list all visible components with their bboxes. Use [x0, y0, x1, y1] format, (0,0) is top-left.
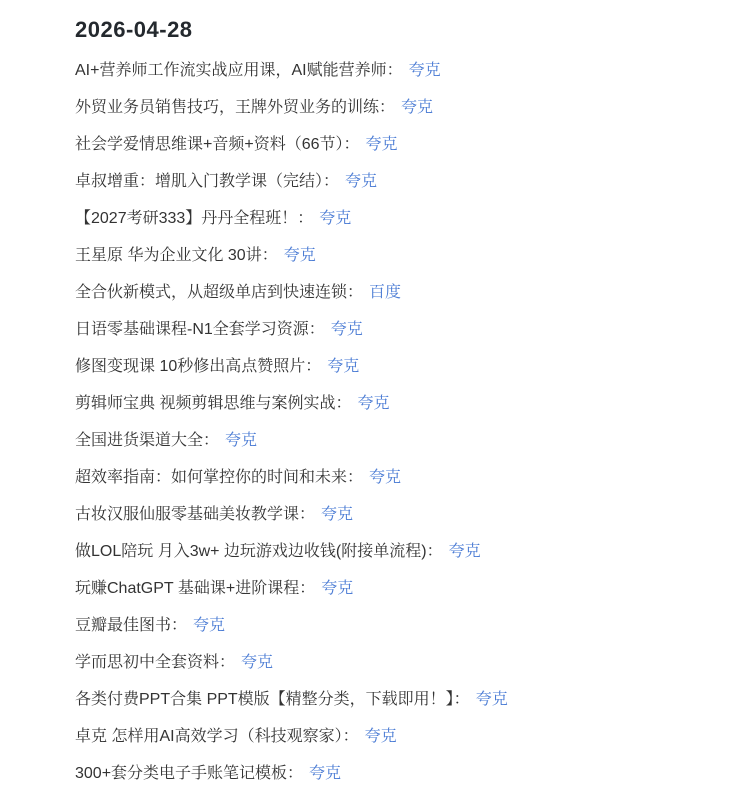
item-text: 日语零基础课程-N1全套学习资源：	[75, 321, 325, 338]
item-link[interactable]: 夸克	[284, 247, 316, 264]
item-text: 【2027考研333】丹丹全程班！：	[75, 210, 313, 227]
item-link[interactable]: 夸克	[449, 543, 481, 560]
item-link[interactable]: 夸克	[331, 321, 363, 338]
item-text: 卓叔增重：增肌入门教学课（完结）：	[75, 173, 339, 190]
list-item: 卓叔增重：增肌入门教学课（完结）：夸克	[75, 172, 696, 191]
item-text: 学而思初中全套资料：	[75, 654, 235, 671]
list-item: 全合伙新模式，从超级单店到快速连锁：百度	[75, 283, 696, 302]
item-text: 全合伙新模式，从超级单店到快速连锁：	[75, 284, 363, 301]
resource-list: AI+营养师工作流实战应用课，AI赋能营养师：夸克外贸业务员销售技巧，王牌外贸业…	[75, 61, 696, 783]
item-link[interactable]: 夸克	[409, 62, 441, 79]
item-text: 各类付费PPT合集 PPT模版【精整分类，下载即用！】：	[75, 691, 470, 708]
list-item: 做LOL陪玩 月入3w+ 边玩游戏边收钱(附接单流程)：夸克	[75, 542, 696, 561]
item-link[interactable]: 夸克	[309, 765, 341, 782]
list-item: 豆瓣最佳图书：夸克	[75, 616, 696, 635]
item-link[interactable]: 夸克	[476, 691, 508, 708]
item-link[interactable]: 夸克	[369, 469, 401, 486]
list-item: 日语零基础课程-N1全套学习资源：夸克	[75, 320, 696, 339]
list-item: 剪辑师宝典 视频剪辑思维与案例实战：夸克	[75, 394, 696, 413]
page-title: 2026-04-28	[75, 17, 696, 43]
list-item: 古妆汉服仙服零基础美妆教学课：夸克	[75, 505, 696, 524]
item-link[interactable]: 夸克	[357, 395, 389, 412]
item-link[interactable]: 夸克	[319, 210, 351, 227]
list-item: 学而思初中全套资料：夸克	[75, 653, 696, 672]
item-text: 王星原 华为企业文化 30讲：	[75, 247, 278, 264]
item-text: 古妆汉服仙服零基础美妆教学课：	[75, 506, 315, 523]
item-text: 300+套分类电子手账笔记模板：	[75, 765, 303, 782]
list-item: 超效率指南：如何掌控你的时间和未来：夸克	[75, 468, 696, 487]
item-text: 豆瓣最佳图书：	[75, 617, 187, 634]
item-link[interactable]: 夸克	[366, 136, 398, 153]
item-link[interactable]: 夸克	[345, 173, 377, 190]
item-link[interactable]: 夸克	[327, 358, 359, 375]
item-link[interactable]: 夸克	[321, 506, 353, 523]
list-item: 王星原 华为企业文化 30讲：夸克	[75, 246, 696, 265]
page-content: 2026-04-28 AI+营养师工作流实战应用课，AI赋能营养师：夸克外贸业务…	[0, 0, 736, 783]
list-item: AI+营养师工作流实战应用课，AI赋能营养师：夸克	[75, 61, 696, 80]
list-item: 外贸业务员销售技巧，王牌外贸业务的训练：夸克	[75, 98, 696, 117]
list-item: 【2027考研333】丹丹全程班！：夸克	[75, 209, 696, 228]
item-text: 社会学爱情思维课+音频+资料（66节）：	[75, 136, 360, 153]
item-text: 卓克 怎样用AI高效学习（科技观察家）：	[75, 728, 359, 745]
item-text: 修图变现课 10秒修出高点赞照片：	[75, 358, 321, 375]
list-item: 玩赚ChatGPT 基础课+进阶课程：夸克	[75, 579, 696, 598]
item-link[interactable]: 夸克	[321, 580, 353, 597]
list-item: 修图变现课 10秒修出高点赞照片：夸克	[75, 357, 696, 376]
item-text: 外贸业务员销售技巧，王牌外贸业务的训练：	[75, 99, 395, 116]
item-link[interactable]: 夸克	[241, 654, 273, 671]
item-text: 剪辑师宝典 视频剪辑思维与案例实战：	[75, 395, 351, 412]
list-item: 社会学爱情思维课+音频+资料（66节）：夸克	[75, 135, 696, 154]
list-item: 卓克 怎样用AI高效学习（科技观察家）：夸克	[75, 727, 696, 746]
item-text: AI+营养师工作流实战应用课，AI赋能营养师：	[75, 62, 403, 79]
item-text: 全国进货渠道大全：	[75, 432, 219, 449]
item-link[interactable]: 夸克	[401, 99, 433, 116]
list-item: 全国进货渠道大全：夸克	[75, 431, 696, 450]
item-link[interactable]: 夸克	[225, 432, 257, 449]
item-link[interactable]: 夸克	[365, 728, 397, 745]
item-text: 玩赚ChatGPT 基础课+进阶课程：	[75, 580, 315, 597]
item-text: 做LOL陪玩 月入3w+ 边玩游戏边收钱(附接单流程)：	[75, 543, 443, 560]
item-link[interactable]: 夸克	[193, 617, 225, 634]
list-item: 各类付费PPT合集 PPT模版【精整分类，下载即用！】：夸克	[75, 690, 696, 709]
item-text: 超效率指南：如何掌控你的时间和未来：	[75, 469, 363, 486]
list-item: 300+套分类电子手账笔记模板：夸克	[75, 764, 696, 783]
item-link[interactable]: 百度	[369, 284, 401, 301]
